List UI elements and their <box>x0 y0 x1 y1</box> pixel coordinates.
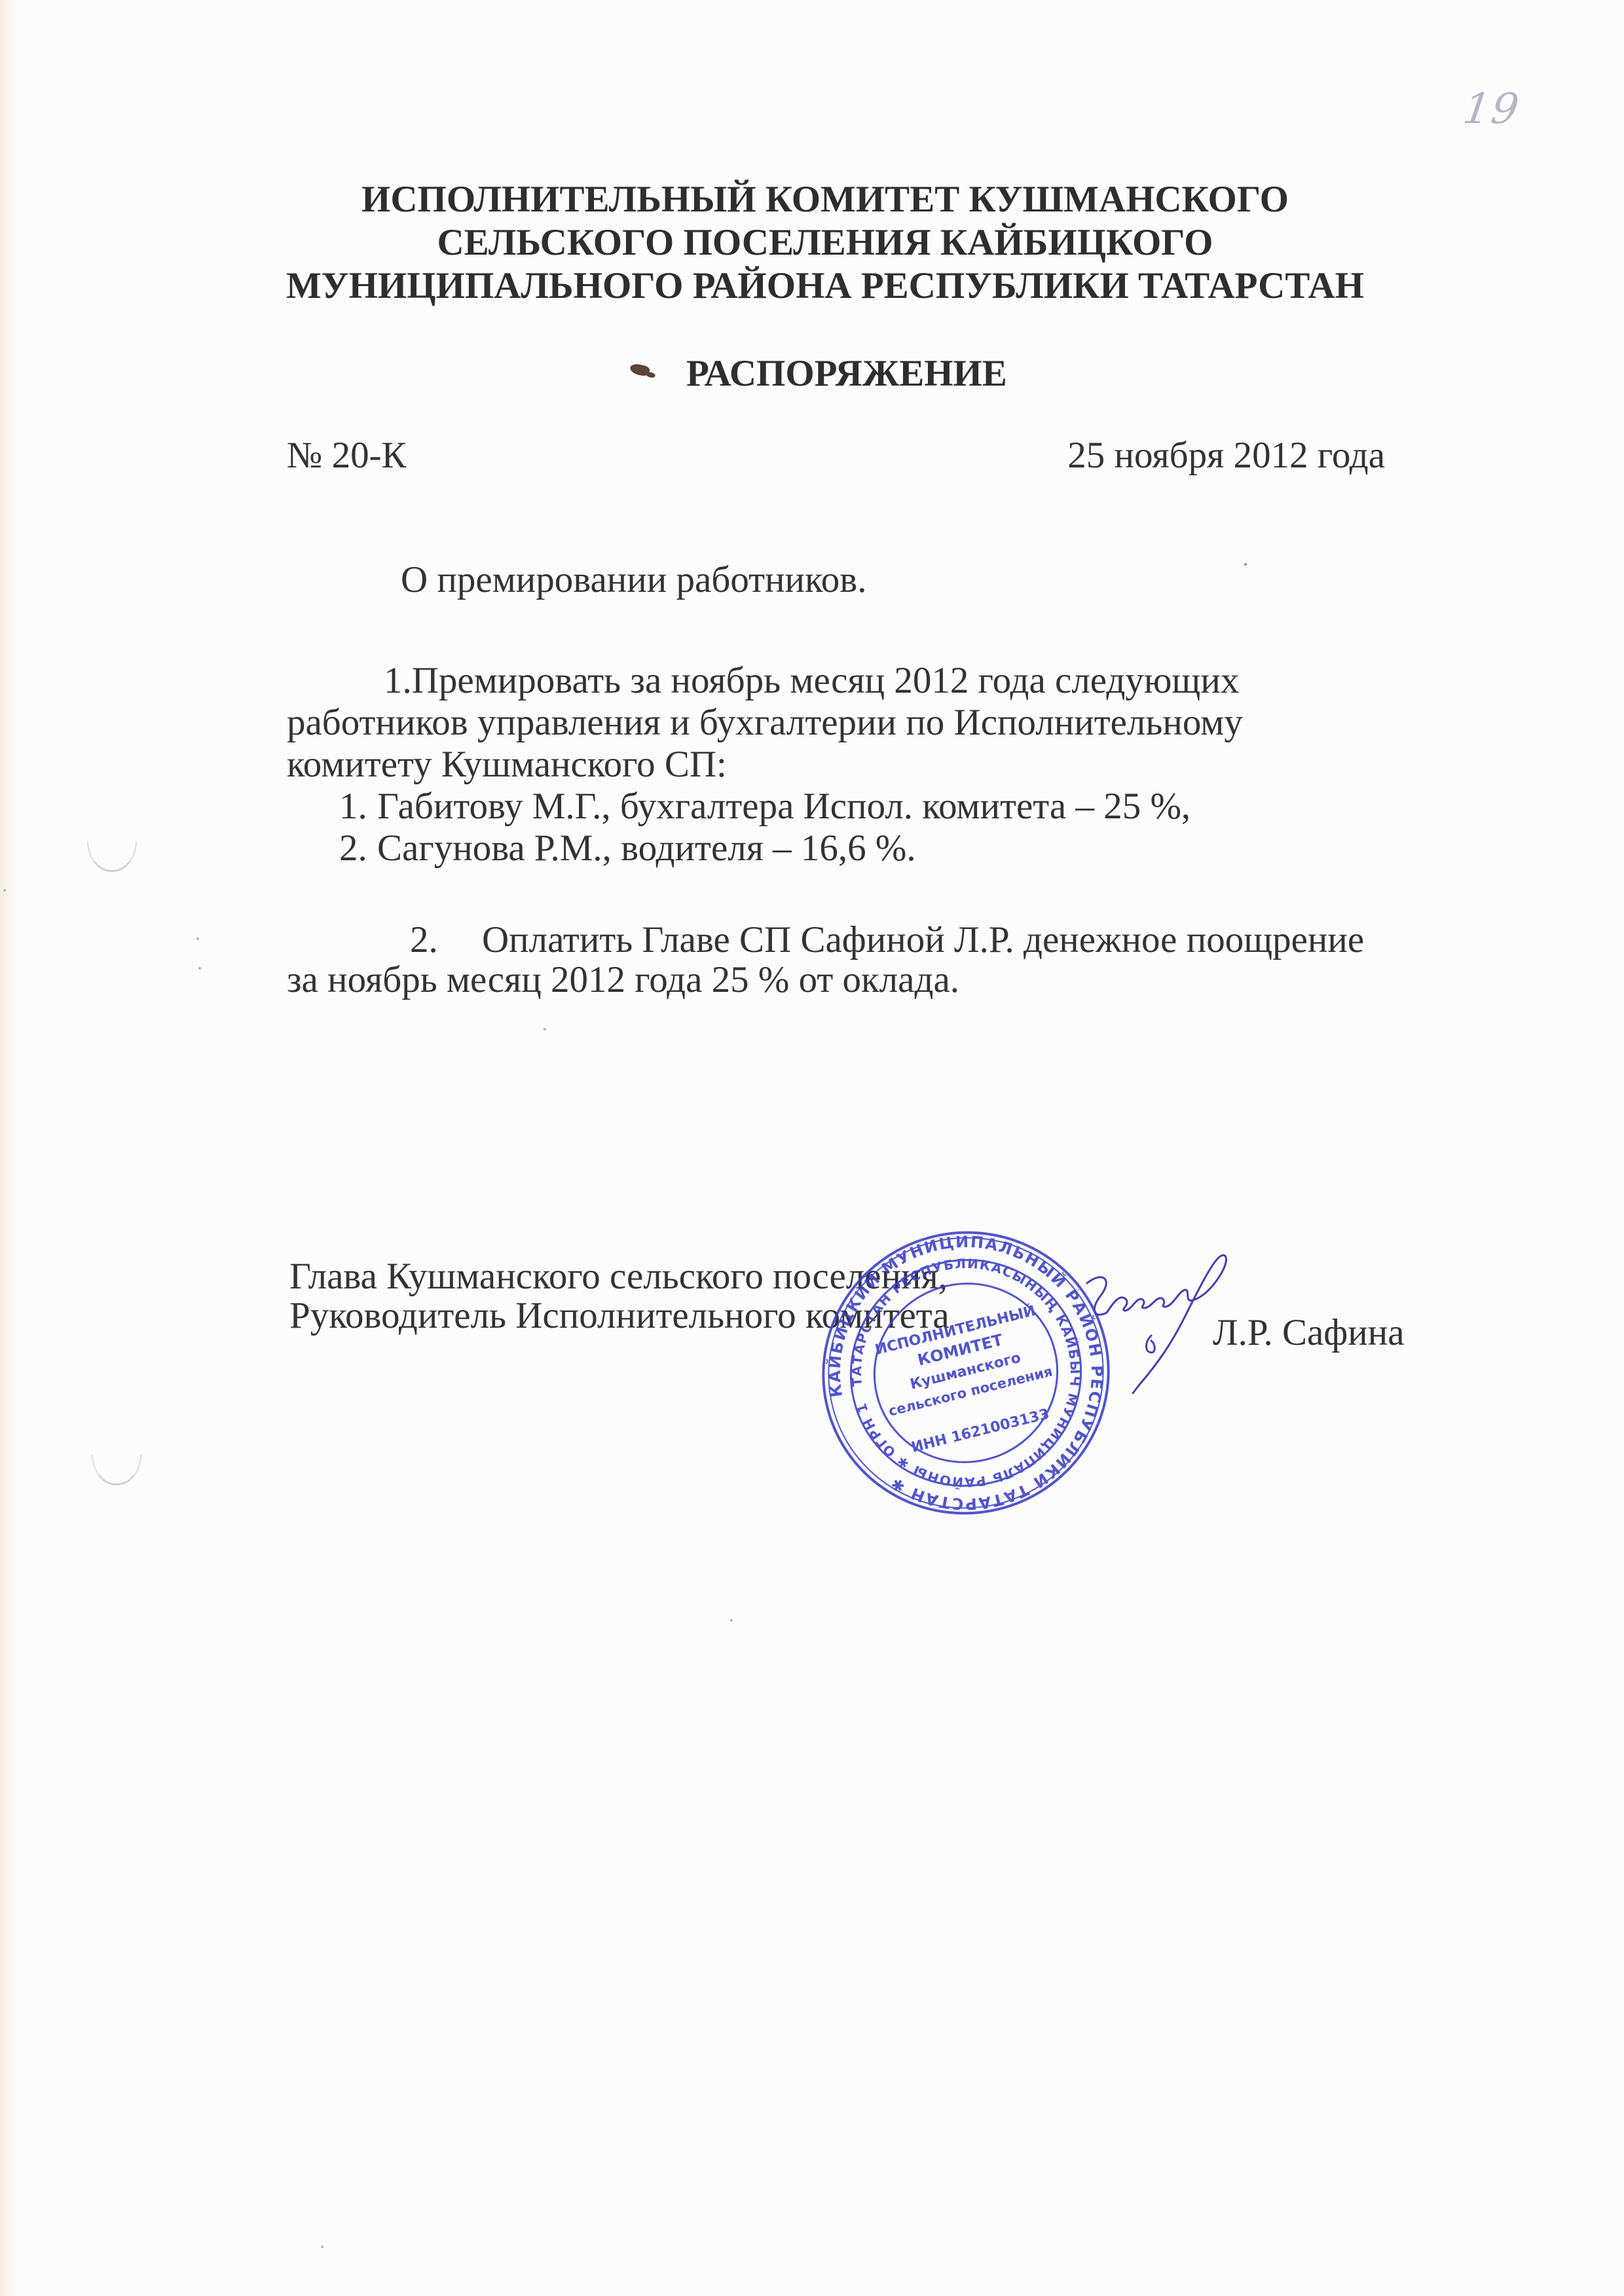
header-line-1: ИСПОЛНИТЕЛЬНЫЙ КОМИТЕТ КУШМАНСКОГО <box>26 178 1624 221</box>
paragraph-1-line-3: комитету Кушманского СП: <box>287 744 727 786</box>
ink-blot-mark <box>629 363 651 377</box>
scan-edge-strip <box>0 0 17 2296</box>
scan-speck <box>196 938 199 940</box>
punch-hole-icon <box>92 1455 141 1485</box>
document-number: № 20-К <box>287 435 407 477</box>
list-item-number: 2. <box>339 828 377 869</box>
document-subject: О премировании работников. <box>401 559 866 601</box>
scan-speck <box>544 1028 546 1030</box>
scan-speck <box>3 889 6 892</box>
bonus-list-item: 2.Сагунова Р.М., водителя – 16,6 %. <box>339 828 916 869</box>
organization-header: ИСПОЛНИТЕЛЬНЫЙ КОМИТЕТ КУШМАНСКОГО СЕЛЬС… <box>0 178 1624 308</box>
scan-speck <box>321 2246 323 2248</box>
list-item-text: Сагунова Р.М., водителя – 16,6 %. <box>377 828 916 869</box>
paragraph-2-line-2: за ноябрь месяц 2012 года 25 % от оклада… <box>287 959 959 1001</box>
bonus-list-item: 1.Габитову М.Г., бухгалтера Испол. комит… <box>339 786 1190 828</box>
punch-hole-icon <box>87 841 137 872</box>
list-item-text: Габитову М.Г., бухгалтера Испол. комитет… <box>377 786 1190 827</box>
official-stamp-icon: КАЙБИЦКИЙ МУНИЦИПАЛЬНЫЙ РАЙОН РЕСПУБЛИКИ… <box>821 1229 1111 1517</box>
paragraph-2-line-1: Оплатить Главе СП Сафиной Л.Р. денежное … <box>482 919 1364 961</box>
header-line-2: СЕЛЬСКОГО ПОСЕЛЕНИЯ КАЙБИЦКОГО <box>26 221 1624 264</box>
scan-speck <box>198 967 201 970</box>
svg-text:ИНН 1621003133: ИНН 1621003133 <box>910 1406 1051 1457</box>
scan-speck <box>1244 563 1247 566</box>
paragraph-1-line-2: работников управления и бухгалтерии по И… <box>287 702 1243 744</box>
handwritten-signature-icon <box>1074 1244 1270 1401</box>
document-type-title: РАСПОРЯЖЕНИЕ <box>686 352 1007 395</box>
paragraph-2-number: 2. <box>410 919 438 961</box>
scan-speck <box>730 1619 733 1622</box>
handwritten-page-number: 19 <box>1460 85 1523 134</box>
list-item-number: 1. <box>339 786 377 828</box>
document-page: 19 ИСПОЛНИТЕЛЬНЫЙ КОМИТЕТ КУШМАНСКОГО СЕ… <box>0 0 1624 2296</box>
paragraph-1-line-1: 1.Премировать за ноябрь месяц 2012 года … <box>384 660 1239 702</box>
document-date: 25 ноября 2012 года <box>1067 435 1385 477</box>
header-line-3: МУНИЦИПАЛЬНОГО РАЙОНА РЕСПУБЛИКИ ТАТАРСТ… <box>26 264 1624 308</box>
